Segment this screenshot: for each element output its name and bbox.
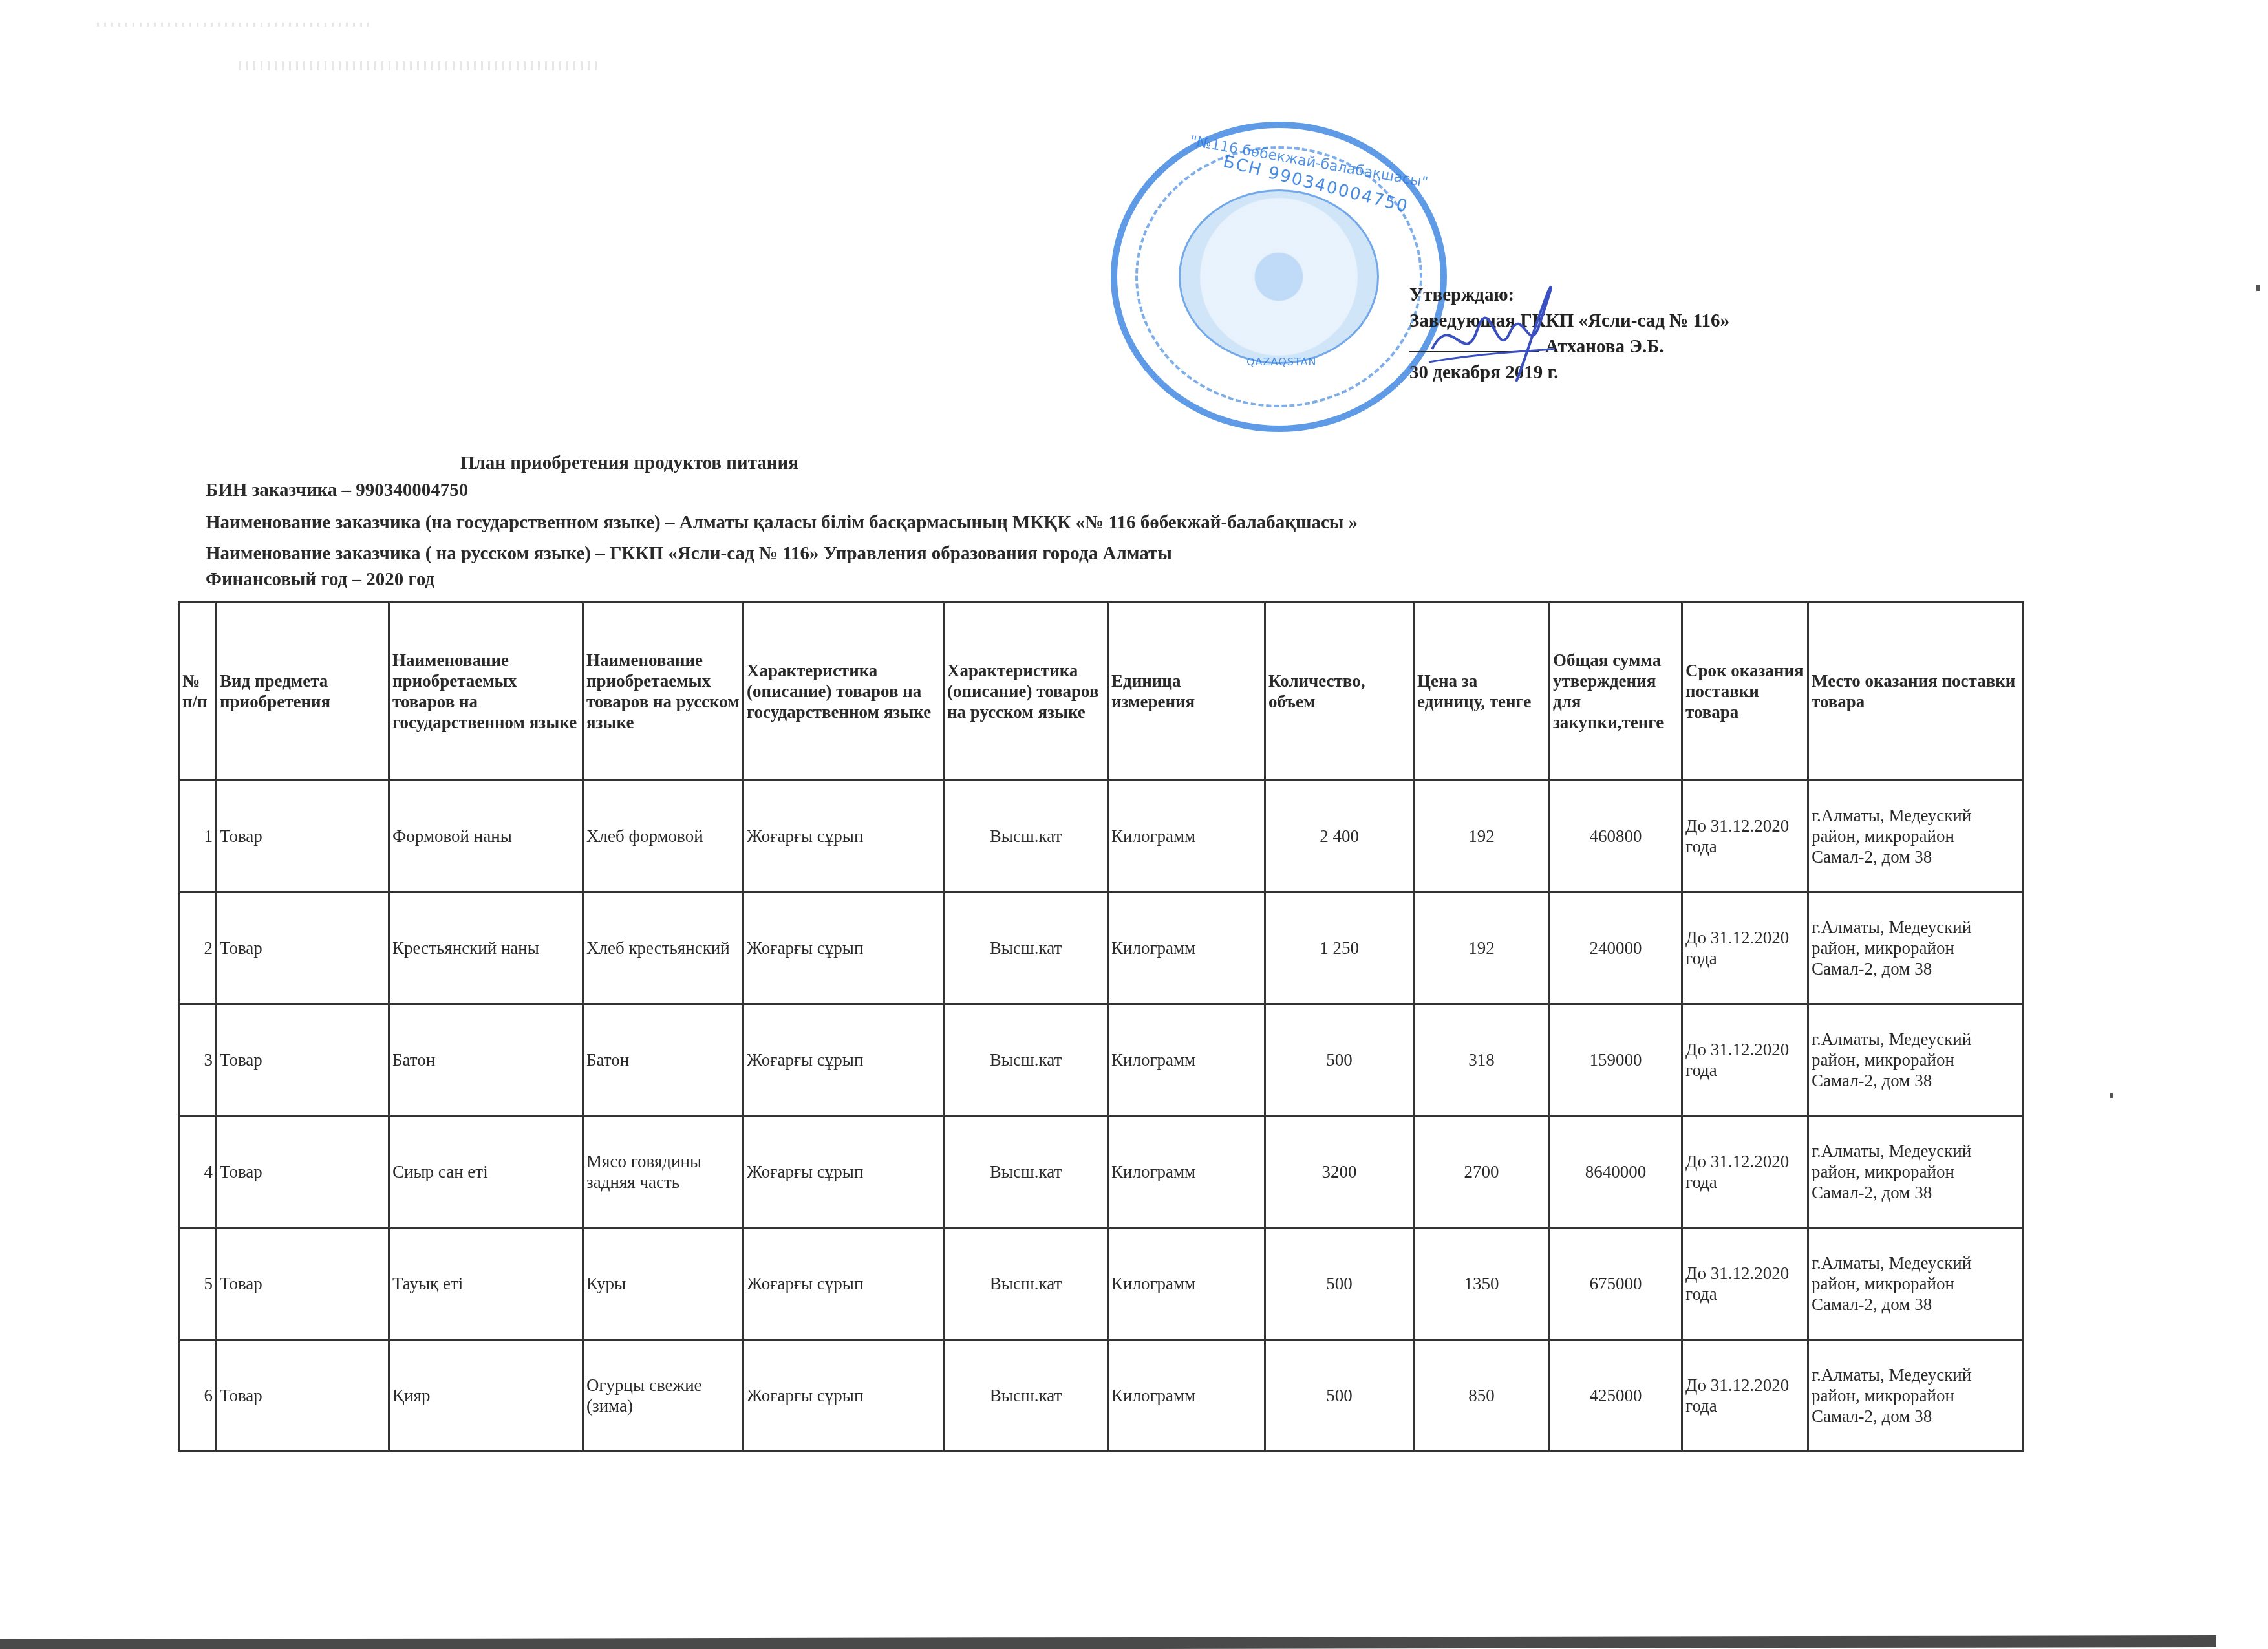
cell-unit-price: 850 xyxy=(1414,1340,1550,1452)
fiscal-year: Финансовый год – 2020 год xyxy=(206,569,434,590)
cell-quantity: 3200 xyxy=(1265,1116,1414,1228)
scan-noise xyxy=(239,61,601,70)
cell-desc-state: Жоғарғы сұрып xyxy=(744,781,944,892)
header-desc-state: Характеристика (описание) товаров на гос… xyxy=(744,603,944,781)
cell-unit-price: 1350 xyxy=(1414,1228,1550,1340)
cell-name-ru: Огурцы свежие (зима) xyxy=(583,1340,744,1452)
cell-name-ru: Хлеб крестьянский xyxy=(583,892,744,1004)
cell-desc-ru: Высш.кат xyxy=(944,1116,1108,1228)
cell-type: Товар xyxy=(217,892,389,1004)
stamp-emblem-text: QAZAQSTAN xyxy=(1246,356,1316,368)
cell-unit-price: 2700 xyxy=(1414,1116,1550,1228)
header-desc-ru: Характеристика (описание) товаров на рус… xyxy=(944,603,1108,781)
cell-number: 3 xyxy=(179,1004,217,1116)
cell-delivery-place: г.Алматы, Медеуский район, микрорайон Са… xyxy=(1808,1340,2024,1452)
cell-name-ru: Хлеб формовой xyxy=(583,781,744,892)
table-row: 5 Товар Тауық еті Куры Жоғарғы сұрып Выс… xyxy=(179,1228,2024,1340)
cell-unit: Килограмм xyxy=(1108,1340,1265,1452)
scan-edge-mark xyxy=(2110,1093,2113,1098)
cell-desc-state: Жоғарғы сұрып xyxy=(744,892,944,1004)
scan-bottom-edge xyxy=(0,1635,2216,1649)
cell-total: 675000 xyxy=(1550,1228,1682,1340)
header-total: Общая сумма утверждения для закупки,тенг… xyxy=(1550,603,1682,781)
cell-delivery-term: До 31.12.2020 года xyxy=(1682,781,1808,892)
cell-delivery-term: До 31.12.2020 года xyxy=(1682,1004,1808,1116)
cell-name-state: Батон xyxy=(389,1004,583,1116)
cell-quantity: 1 250 xyxy=(1265,892,1414,1004)
customer-name-state-language: Наименование заказчика (на государственн… xyxy=(206,512,1358,533)
header-number: № п/п xyxy=(179,603,217,781)
cell-delivery-place: г.Алматы, Медеуский район, микрорайон Са… xyxy=(1808,892,2024,1004)
cell-desc-state: Жоғарғы сұрып xyxy=(744,1116,944,1228)
cell-desc-ru: Высш.кат xyxy=(944,1228,1108,1340)
customer-name-russian: Наименование заказчика ( на русском язык… xyxy=(206,543,1172,565)
table-row: 4 Товар Сиыр сан еті Мясо говядины задня… xyxy=(179,1116,2024,1228)
cell-name-state: Тауық еті xyxy=(389,1228,583,1340)
cell-total: 425000 xyxy=(1550,1340,1682,1452)
table-row: 1 Товар Формовой наны Хлеб формовой Жоға… xyxy=(179,781,2024,892)
cell-name-state: Сиыр сан еті xyxy=(389,1116,583,1228)
cell-name-state: Формовой наны xyxy=(389,781,583,892)
cell-unit-price: 192 xyxy=(1414,781,1550,892)
cell-quantity: 500 xyxy=(1265,1340,1414,1452)
cell-total: 240000 xyxy=(1550,892,1682,1004)
cell-quantity: 500 xyxy=(1265,1004,1414,1116)
cell-type: Товар xyxy=(217,1004,389,1116)
cell-desc-ru: Высш.кат xyxy=(944,781,1108,892)
cell-delivery-term: До 31.12.2020 года xyxy=(1682,1340,1808,1452)
approval-signatory: Атханова Э.Б. xyxy=(1545,336,1664,357)
approval-signatory-line: Атханова Э.Б. xyxy=(1409,334,1729,360)
cell-delivery-place: г.Алматы, Медеуский район, микрорайон Са… xyxy=(1808,781,2024,892)
cell-desc-ru: Высш.кат xyxy=(944,1340,1108,1452)
header-type: Вид предмета приобретения xyxy=(217,603,389,781)
table-row: 6 Товар Қияр Огурцы свежие (зима) Жоғарғ… xyxy=(179,1340,2024,1452)
cell-desc-state: Жоғарғы сұрып xyxy=(744,1228,944,1340)
cell-name-ru: Батон xyxy=(583,1004,744,1116)
cell-number: 1 xyxy=(179,781,217,892)
cell-number: 5 xyxy=(179,1228,217,1340)
header-name-ru: Наименование приобретаемых товаров на ру… xyxy=(583,603,744,781)
approval-block: Утверждаю: Заведующая ГККП «Ясли-сад № 1… xyxy=(1409,282,1729,385)
procurement-table: № п/п Вид предмета приобретения Наименов… xyxy=(178,601,2024,1452)
table-header-row: № п/п Вид предмета приобретения Наименов… xyxy=(179,603,2024,781)
cell-total: 460800 xyxy=(1550,781,1682,892)
document-title: План приобретения продуктов питания xyxy=(460,453,798,474)
cell-unit: Килограмм xyxy=(1108,1228,1265,1340)
cell-desc-state: Жоғарғы сұрып xyxy=(744,1004,944,1116)
cell-quantity: 500 xyxy=(1265,1228,1414,1340)
table-row: 2 Товар Крестьянский наны Хлеб крестьянс… xyxy=(179,892,2024,1004)
cell-type: Товар xyxy=(217,1228,389,1340)
customer-bin: БИН заказчика – 990340004750 xyxy=(206,480,468,501)
cell-quantity: 2 400 xyxy=(1265,781,1414,892)
cell-delivery-place: г.Алматы, Медеуский район, микрорайон Са… xyxy=(1808,1228,2024,1340)
cell-delivery-term: До 31.12.2020 года xyxy=(1682,1116,1808,1228)
cell-total: 159000 xyxy=(1550,1004,1682,1116)
cell-unit: Килограмм xyxy=(1108,892,1265,1004)
cell-delivery-place: г.Алматы, Медеуский район, микрорайон Са… xyxy=(1808,1116,2024,1228)
table-row: 3 Товар Батон Батон Жоғарғы сұрып Высш.к… xyxy=(179,1004,2024,1116)
scan-noise xyxy=(97,23,369,27)
cell-name-state: Қияр xyxy=(389,1340,583,1452)
cell-type: Товар xyxy=(217,1340,389,1452)
cell-number: 4 xyxy=(179,1116,217,1228)
cell-desc-state: Жоғарғы сұрып xyxy=(744,1340,944,1452)
header-name-state: Наименование приобретаемых товаров на го… xyxy=(389,603,583,781)
cell-unit: Килограмм xyxy=(1108,1116,1265,1228)
cell-type: Товар xyxy=(217,781,389,892)
signature-line xyxy=(1409,351,1539,352)
header-delivery-term: Срок оказания поставки товара xyxy=(1682,603,1808,781)
official-stamp: "№116 бөбекжай-балабақшасы" БСН 99034000… xyxy=(1111,122,1447,432)
header-unit: Единица измерения xyxy=(1108,603,1265,781)
cell-unit: Килограмм xyxy=(1108,781,1265,892)
cell-total: 8640000 xyxy=(1550,1116,1682,1228)
cell-name-ru: Мясо говядины задняя часть xyxy=(583,1116,744,1228)
header-delivery-place: Место оказания поставки товара xyxy=(1808,603,2024,781)
cell-number: 2 xyxy=(179,892,217,1004)
header-quantity: Количество, объем xyxy=(1265,603,1414,781)
approval-label: Утверждаю: xyxy=(1409,282,1729,308)
emblem-icon xyxy=(1179,189,1379,364)
scan-edge-mark xyxy=(2256,285,2260,291)
cell-unit-price: 318 xyxy=(1414,1004,1550,1116)
header-unit-price: Цена за единицу, тенге xyxy=(1414,603,1550,781)
cell-unit-price: 192 xyxy=(1414,892,1550,1004)
cell-name-state: Крестьянский наны xyxy=(389,892,583,1004)
approval-date: 30 декабря 2019 г. xyxy=(1409,360,1729,385)
cell-name-ru: Куры xyxy=(583,1228,744,1340)
cell-number: 6 xyxy=(179,1340,217,1452)
cell-delivery-term: До 31.12.2020 года xyxy=(1682,892,1808,1004)
cell-desc-ru: Высш.кат xyxy=(944,892,1108,1004)
cell-delivery-term: До 31.12.2020 года xyxy=(1682,1228,1808,1340)
cell-unit: Килограмм xyxy=(1108,1004,1265,1116)
cell-desc-ru: Высш.кат xyxy=(944,1004,1108,1116)
approval-position: Заведующая ГККП «Ясли-сад № 116» xyxy=(1409,308,1729,334)
cell-type: Товар xyxy=(217,1116,389,1228)
cell-delivery-place: г.Алматы, Медеуский район, микрорайон Са… xyxy=(1808,1004,2024,1116)
